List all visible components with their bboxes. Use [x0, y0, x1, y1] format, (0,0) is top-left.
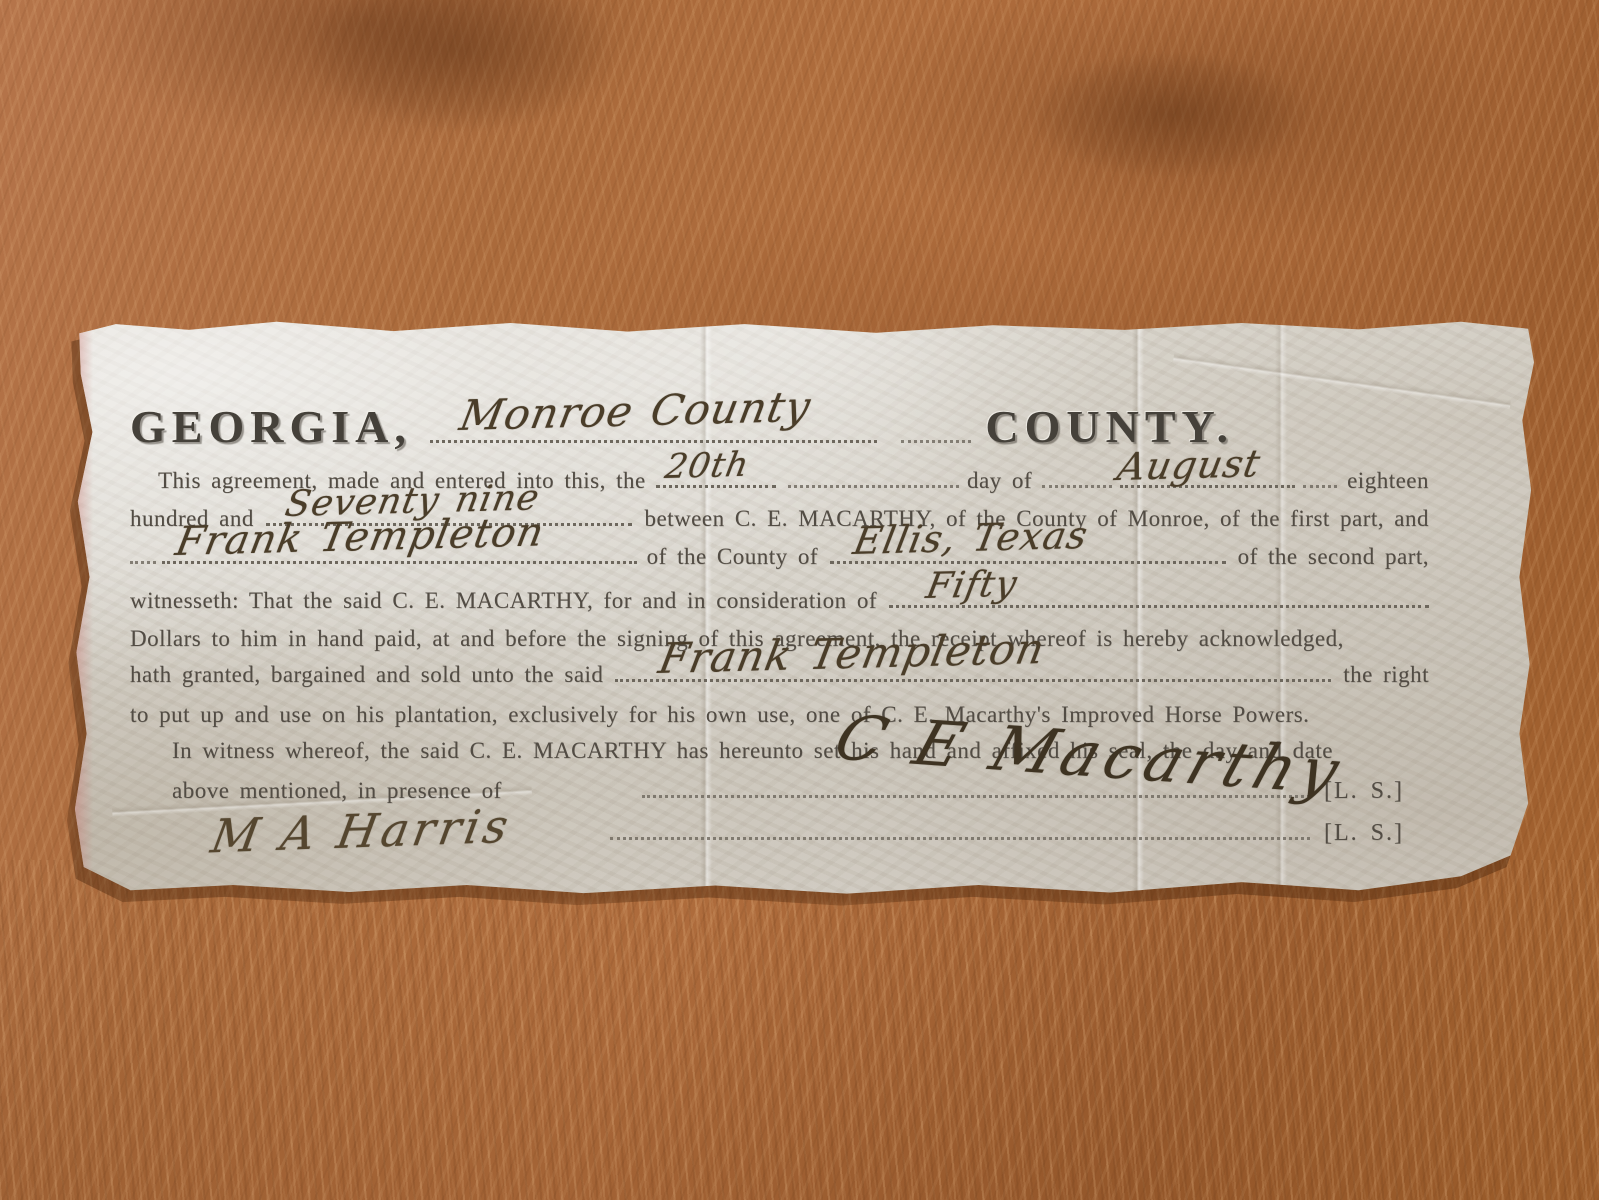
dotted-leader: [901, 438, 971, 443]
handwritten-month: August: [1114, 441, 1264, 489]
printed-text: eighteen: [1347, 468, 1429, 494]
handwritten-name: Frank Templeton: [655, 624, 1049, 683]
wood-knot: [980, 30, 1360, 200]
harris-signature: M A Harris: [208, 803, 515, 860]
dotted-leader: [1042, 483, 1112, 488]
dotted-leader: [788, 483, 959, 488]
document-paper: GEORGIA, Monroe County COUNTY. This agre…: [72, 316, 1534, 896]
document-header: GEORGIA, Monroe County COUNTY.: [130, 391, 1234, 453]
dotted-leader: [610, 835, 1310, 840]
printed-text: of the County of: [647, 544, 818, 570]
printed-text: the right: [1343, 662, 1429, 688]
agreement-line-3: Frank Templeton of the County of Ellis, …: [130, 544, 1429, 570]
handwritten-day: 20th: [662, 445, 753, 487]
amount-blank: Fifty: [889, 603, 1429, 608]
place-blank: Ellis, Texas: [830, 559, 1226, 564]
seal-marker: [L. S.]: [1324, 820, 1404, 847]
agreement-line-4: witnesseth: That the said C. E. MACARTHY…: [130, 588, 1429, 614]
handwritten-amount: Fifty: [923, 564, 1021, 607]
dotted-leader: [130, 559, 156, 564]
month-blank: August: [1120, 483, 1295, 488]
agreement-line-6: hath granted, bargained and sold unto th…: [130, 662, 1429, 688]
day-blank: 20th: [656, 483, 776, 488]
dotted-leader: [1303, 483, 1337, 488]
county-blank-line: Monroe County: [430, 438, 878, 443]
printed-text: hath granted, bargained and sold unto th…: [130, 662, 603, 688]
name-blank-2: Frank Templeton: [615, 677, 1331, 682]
handwritten-county: Monroe County: [456, 382, 815, 440]
wood-grain-lower: [0, 860, 1599, 1200]
printed-text: day of: [967, 468, 1032, 494]
agreement-line-7: to put up and use on his plantation, exc…: [130, 702, 1429, 728]
handwritten-name: Frank Templeton: [172, 509, 548, 565]
state-label: GEORGIA,: [130, 400, 412, 453]
name-blank: Frank Templeton: [162, 559, 637, 564]
printed-text: witnesseth: That the said C. E. MACARTHY…: [130, 588, 877, 614]
handwritten-place: Ellis, Texas: [850, 513, 1092, 563]
printed-text: of the second part,: [1238, 544, 1429, 570]
